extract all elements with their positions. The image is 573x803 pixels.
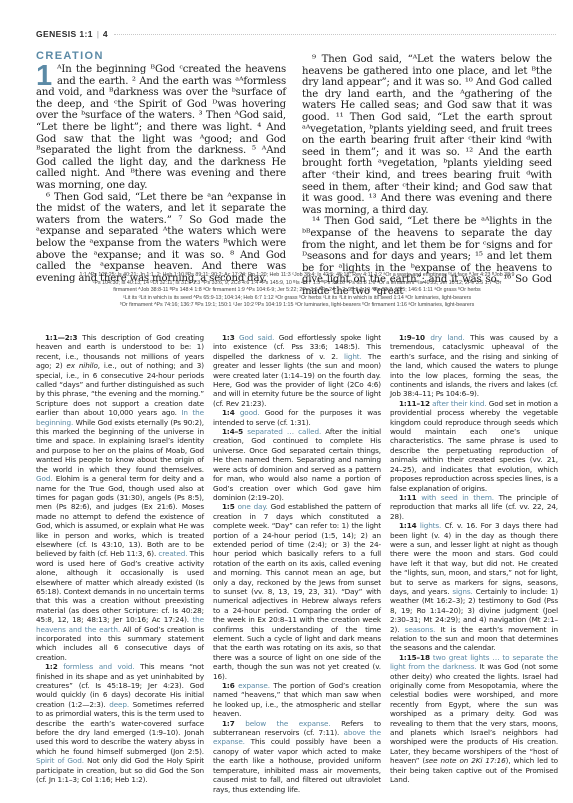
note-keyword: dry land. <box>430 333 464 342</box>
study-notes-column-3: 1:9–10 dry land. This was caused by a tr… <box>390 333 558 785</box>
note-keyword: below the expanse. <box>245 719 330 728</box>
note-verse-reference: 1:11–12 <box>399 399 430 408</box>
study-note: 1:4–5 separated … called. After the init… <box>213 427 381 502</box>
note-text: This was caused by a tremendous, catacly… <box>390 333 558 398</box>
study-note: 1:9–10 dry land. This was caused by a tr… <box>390 333 558 399</box>
scripture-paragraph: ⁶ Then God said, “Let there be ᵃan ᴬexpa… <box>36 192 286 285</box>
study-note: 1:7 below the expanse. Refers to subterr… <box>213 719 381 794</box>
note-verse-reference: 1:11 <box>399 493 417 502</box>
note-keyword: separated … called. <box>247 427 321 436</box>
note-keyword: God. <box>36 474 52 483</box>
note-keyword: seasons. <box>405 625 436 634</box>
scripture-text: CREATION 1 ᴬIn the beginning ᴮGod ᶜcreat… <box>36 50 558 265</box>
footnote-line: 1:1 ᴬPs 102:25; Is 40:21; Jn 1:1, 2; Heb… <box>36 272 558 280</box>
note-verse-reference: 1:9–10 <box>399 333 425 342</box>
scripture-paragraph: ⁹ Then God said, “ᴬLet the waters below … <box>302 54 552 216</box>
note-text <box>235 719 246 728</box>
footnote-line: ᵇOr firmament ᴬPs 74:16; 136:7 ᴮPs 19:1;… <box>36 302 558 310</box>
note-keyword: God said. <box>239 333 274 342</box>
note-verse-reference: 1:7 <box>222 719 235 728</box>
note-keyword: light. <box>344 352 362 361</box>
note-text: Cf. v. 16. For 3 days there had been lig… <box>390 521 558 596</box>
note-keyword: deep. <box>109 700 129 709</box>
footnote-line: ᶜPs 104:30; Is 40:13, 14 ᴰDt 32:11; Is 3… <box>36 280 558 288</box>
note-verse-reference: 1:6 <box>222 681 235 690</box>
note-verse-reference: 1:5 <box>222 502 235 511</box>
study-note: 1:11–12 after their kind. God set in mot… <box>390 399 558 493</box>
running-header: GENESIS 1:1 | 4 <box>36 28 556 40</box>
study-notes-column-2: 1:3 God said. God effortlessly spoke lig… <box>213 333 381 794</box>
book-chapter-reference: GENESIS 1:1 <box>36 29 93 39</box>
note-text: After the initial creation, God continue… <box>213 427 381 502</box>
note-verse-reference: 1:15–18 <box>399 653 430 662</box>
chapter-number: 1 <box>36 65 52 87</box>
note-italic: see note on 2Ki 17:16 <box>425 756 506 765</box>
footnote-line: firmament ᴬJob 38:8-11 ᴮPs 148:4 1:8 ᵃOr… <box>36 287 558 295</box>
scripture-column-right: ⁹ Then God said, “ᴬLet the waters below … <box>302 54 552 297</box>
note-italic: ex nihilo <box>66 361 97 370</box>
section-heading: CREATION <box>36 50 286 63</box>
note-verse-reference: 1:4 <box>222 408 235 417</box>
note-verse-reference: 1:3 <box>222 333 235 342</box>
study-note: 1:11 with seed in them. The principle of… <box>390 493 558 521</box>
note-verse-reference: 1:1—2:3 <box>45 333 77 342</box>
study-note: 1:3 God said. God effortlessly spoke lig… <box>213 333 381 408</box>
footnote-line: ᶜLit its ᵈLit in which is its seed ᴬPs 6… <box>36 295 558 303</box>
note-verse-reference: 1:2 <box>45 662 58 671</box>
note-text: God established the pattern of creation … <box>213 502 381 680</box>
note-text: Elohim is a general term for deity and a… <box>36 474 204 558</box>
note-keyword: Spirit of God. <box>36 756 84 765</box>
note-keyword: formless and void. <box>63 662 134 671</box>
page-number: 4 <box>103 29 108 39</box>
study-note: 1:1—2:3 This description of God creating… <box>36 333 204 662</box>
note-text: It was God (not some other deity) who cr… <box>390 662 558 765</box>
note-keyword: with seed in them. <box>421 493 494 502</box>
study-note: 1:6 expanse. The portion of God’s creati… <box>213 681 381 719</box>
study-note: 1:4 good. Good for the purposes it was i… <box>213 408 381 427</box>
scripture-paragraph: ᴬIn the beginning ᴮGod ᶜcreated the heav… <box>36 64 286 192</box>
bible-page: GENESIS 1:1 | 4 CREATION 1 ᴬIn the begin… <box>0 0 573 803</box>
note-text: God set in motion a providential process… <box>390 399 558 493</box>
study-note: 1:14 lights. Cf. v. 16. For 3 days there… <box>390 521 558 653</box>
header-rule <box>114 34 556 35</box>
note-keyword: lights. <box>420 521 441 530</box>
note-verse-reference: 1:4–5 <box>222 427 243 436</box>
note-keyword: one day. <box>238 502 268 511</box>
note-text: This word is used here of God’s creative… <box>36 549 204 624</box>
note-keyword: good. <box>240 408 260 417</box>
study-note: 1:2 formless and void. This means “not f… <box>36 662 204 784</box>
scripture-column-left: CREATION 1 ᴬIn the beginning ᴮGod ᶜcreat… <box>36 50 286 284</box>
note-keyword: created. <box>158 549 187 558</box>
study-note: 1:15–18 two great lights … to separate t… <box>390 653 558 785</box>
study-notes-column-1: 1:1—2:3 This description of God creating… <box>36 333 204 785</box>
note-keyword: expanse. <box>238 681 270 690</box>
note-keyword: signs. <box>452 587 472 596</box>
note-verse-reference: 1:14 <box>399 521 417 530</box>
study-note: 1:5 one day. God established the pattern… <box>213 502 381 681</box>
cross-references: 1:1 ᴬPs 102:25; Is 40:21; Jn 1:1, 2; Heb… <box>36 272 558 310</box>
header-separator: | <box>97 30 99 39</box>
note-keyword: after their kind. <box>432 399 486 408</box>
